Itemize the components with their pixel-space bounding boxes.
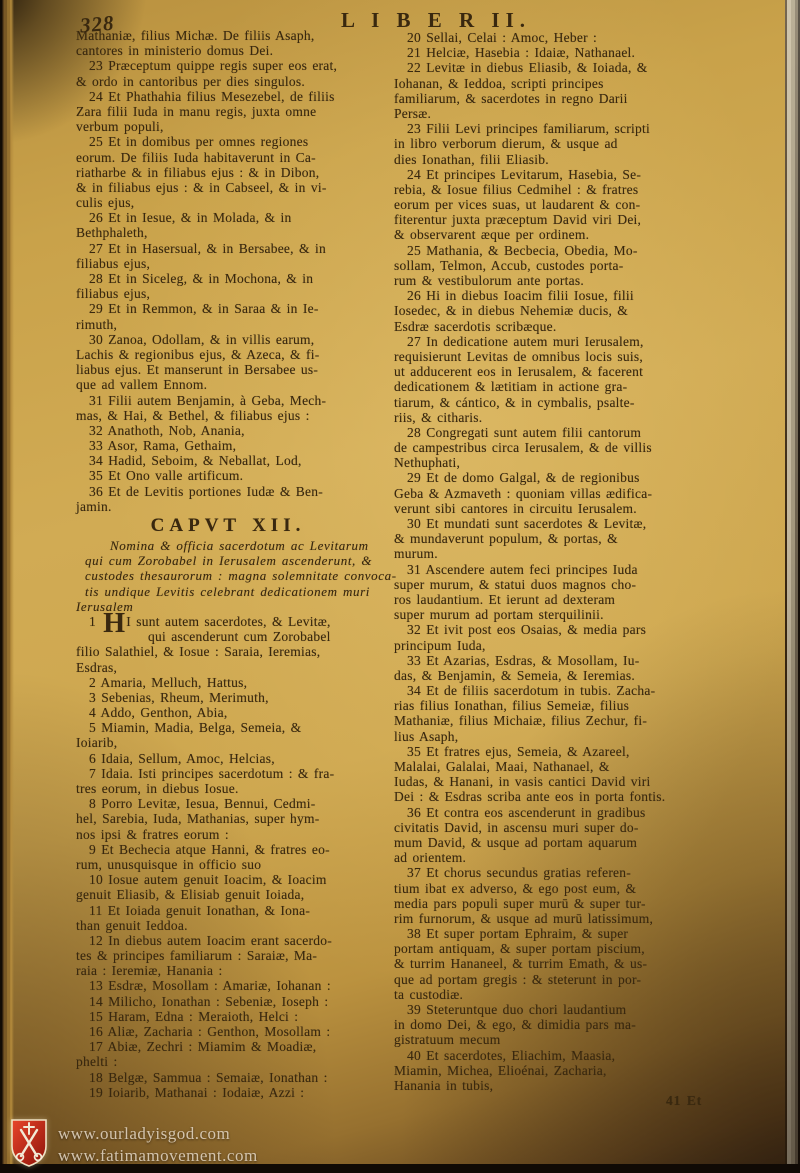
text-line: dies Ionathan, filii Eliasib.	[394, 152, 706, 167]
text-line: Mathaniæ, filius Michaiæ, filius Zechur,…	[394, 713, 706, 728]
text-line: super murum, & statui duos magnos cho-	[394, 577, 706, 592]
chapter-summary-line: tis undique Levitis celebrant dedication…	[76, 584, 390, 599]
text-line: 1 HI sunt autem sacerdotes, & Levitæ,	[76, 614, 390, 629]
text-line: ta custodiæ.	[394, 987, 706, 1002]
text-line: 11 Et Ioiada genuit Ionathan, & Iona-	[76, 903, 390, 918]
text-line: 24 Et Phathahia filius Mesezebel, de fil…	[76, 89, 390, 104]
text-line: 17 Abiæ, Zechri : Miamim & Moadiæ,	[76, 1039, 390, 1054]
text-line: 29 Et de domo Galgal, & de regionibus	[394, 470, 706, 485]
text-line: Miamin, Michea, Elioénai, Zacharia,	[394, 1063, 706, 1078]
watermark-url-2: www.fatimamovement.com	[58, 1146, 258, 1166]
text-line: 23 Filii Levi principes familiarum, scri…	[394, 121, 706, 136]
text-line: 29 Et in Remmon, & in Saraa & in Ie-	[76, 301, 390, 316]
text-line: 8 Porro Levitæ, Iesua, Bennui, Cedmi-	[76, 796, 390, 811]
text-line: Lachis & regionibus ejus, & Azeca, & fi-	[76, 347, 390, 362]
text-line: 2 Amaria, Melluch, Hattus,	[76, 675, 390, 690]
text-line: 15 Haram, Edna : Meraioth, Helci :	[76, 1009, 390, 1024]
text-line: 10 Iosue autem genuit Ioacim, & Ioacim	[76, 872, 390, 887]
text-line: 22 Levitæ in diebus Eliasib, & Ioiada, &	[394, 60, 706, 75]
text-line: 24 Et principes Levitarum, Hasebia, Se-	[394, 167, 706, 182]
text-line: 3 Sebenias, Rheum, Merimuth,	[76, 690, 390, 705]
left-column: Mathaniæ, filius Michæ. De filiis Asaph,…	[76, 28, 390, 1100]
text-line: dedicationem & lætitiam in actione gra-	[394, 379, 706, 394]
text-line: filiabus ejus,	[76, 256, 390, 271]
text-line: riis, & citharis.	[394, 410, 706, 425]
text-line: 33 Et Azarias, Esdras, & Mosollam, Iu-	[394, 653, 706, 668]
text-line: ut adducerent eos in Ierusalem, & facere…	[394, 364, 706, 379]
text-line: verunt sibi cantores in circuitu Ierusal…	[394, 501, 706, 516]
text-line: raia : Ieremiæ, Hanania :	[76, 963, 390, 978]
text-line: Iudas, & Hanani, in vasis cantici David …	[394, 774, 706, 789]
catchword: 41 Et	[394, 1093, 706, 1108]
text-line: 9 Et Bechecia atque Hanni, & fratres eo-	[76, 842, 390, 857]
text-line: portam antiquam, & super portam piscium,	[394, 941, 706, 956]
text-line: 32 Anathoth, Nob, Anania,	[76, 423, 390, 438]
text-line: que ad portam gregis : & steterunt in po…	[394, 972, 706, 987]
chapter-summary-line: Nomina & officia sacerdotum ac Levitarum	[76, 538, 390, 553]
text-line: tres eorum, in diebus Iosue.	[76, 781, 390, 796]
text-line: & in filiabus ejus : & in Cabseel, & in …	[76, 180, 390, 195]
text-line: das, & Benjamin, & Semeia, & Ieremias.	[394, 668, 706, 683]
text-line: phelti :	[76, 1054, 390, 1069]
text-line: liabus ejus. Et manserunt in Bersabee us…	[76, 362, 390, 377]
text-line: murum.	[394, 546, 706, 561]
text-line: 28 Congregati sunt autem filii cantorum	[394, 425, 706, 440]
text-line: 39 Steteruntque duo chori laudantium	[394, 1002, 706, 1017]
text-line: culis ejus,	[76, 195, 390, 210]
text-line: requisierunt Levitas de omnibus locis su…	[394, 349, 706, 364]
text-line: fiterentur juxta præceptum David viri De…	[394, 212, 706, 227]
text-line: cantores in ministerio domus Dei.	[76, 43, 390, 58]
text-line: principum Iuda,	[394, 638, 706, 653]
text-line: nos ipsi & fratres eorum :	[76, 827, 390, 842]
text-line: lius Asaph,	[394, 729, 706, 744]
text-line: Iosedec, & in diebus Nehemiæ ducis, &	[394, 303, 706, 318]
text-line: & turrim Hananeel, & turrim Emath, & us-	[394, 956, 706, 971]
text-line: 36 Et de Levitis portiones Iudæ & Ben-	[76, 484, 390, 499]
text-line: rum, unusquisque in officio suo	[76, 857, 390, 872]
text-line: 7 Idaia. Isti principes sacerdotum : & f…	[76, 766, 390, 781]
text-line: mas, & Hai, & Bethel, & filiabus ejus :	[76, 408, 390, 423]
text-line: genuit Eliasib, & Elisiab genuit Ioiada,	[76, 887, 390, 902]
watermark-url-1: www.ourladyisgod.com	[58, 1124, 230, 1144]
text-line: tium ibat ex adverso, & ego post eum, &	[394, 881, 706, 896]
watermark: www.ourladyisgod.com www.fatimamovement.…	[8, 1118, 348, 1170]
text-line: Dei : & Esdras scriba ante eos in porta …	[394, 789, 706, 804]
text-line: filio Salathiel, & Iosue : Saraia, Ierem…	[76, 644, 390, 659]
text-line: 13 Esdræ, Mosollam : Amariæ, Iohanan :	[76, 978, 390, 993]
text-line: verbum populi,	[76, 119, 390, 134]
text-line: 33 Asor, Rama, Gethaim,	[76, 438, 390, 453]
text-line: rebia, & Iosue filius Cedmihel : & fratr…	[394, 182, 706, 197]
text-line: 20 Sellai, Celai : Amoc, Heber :	[394, 30, 706, 45]
text-line: 18 Belgæ, Sammua : Semaiæ, Ionathan :	[76, 1070, 390, 1085]
text-line: 34 Et de filiis sacerdotum in tubis. Zac…	[394, 683, 706, 698]
text-line: rias filius Ionathan, filius Semeiæ, fil…	[394, 698, 706, 713]
text-line: 14 Milicho, Ionathan : Sebeniæ, Ioseph :	[76, 994, 390, 1009]
text-line: 30 Et mundati sunt sacerdotes & Levitæ,	[394, 516, 706, 531]
text-line: rimuth,	[76, 317, 390, 332]
text-line: 26 Hi in diebus Ioacim filii Iosue, fili…	[394, 288, 706, 303]
chapter-summary-line: custodes thesaurorum : magna solemnitate…	[76, 568, 390, 583]
text-line: Bethphaleth,	[76, 225, 390, 240]
text-line: than genuit Ieddoa.	[76, 918, 390, 933]
text-line: 37 Et chorus secundus gratias referen-	[394, 865, 706, 880]
text-line: Esdras,	[76, 660, 390, 675]
text-line: jamin.	[76, 499, 390, 514]
text-line: 19 Ioiarib, Mathanai : Iodaiæ, Azzi :	[76, 1085, 390, 1100]
text-line: riatharbe & in filiabus ejus : & in Dibo…	[76, 165, 390, 180]
text-line: 25 Mathania, & Becbecia, Obedia, Mo-	[394, 243, 706, 258]
text-line: Nethuphati,	[394, 455, 706, 470]
text-line: in domo Dei, & ego, & dimidia pars ma-	[394, 1017, 706, 1032]
chapter-summary-line: qui cum Zorobabel in Ierusalem ascenderu…	[76, 553, 390, 568]
text-line: media pars populi super murū & super tur…	[394, 896, 706, 911]
text-line: Esdræ sacerdotis scribæque.	[394, 319, 706, 334]
text-line: rim furnorum, & usque ad murū latissimum…	[394, 911, 706, 926]
text-line: 16 Aliæ, Zacharia : Genthon, Mosollam :	[76, 1024, 390, 1039]
text-line: 32 Et ivit post eos Osaias, & media pars	[394, 622, 706, 637]
text-line: 23 Præceptum quippe regis super eos erat…	[76, 58, 390, 73]
text-line: 27 In dedicatione autem muri Ierusalem,	[394, 334, 706, 349]
text-line: in libro verborum dierum, & usque ad	[394, 136, 706, 151]
text-line: 25 Et in domibus per omnes regiones	[76, 134, 390, 149]
page-edge-right	[785, 0, 800, 1173]
text-line: Persæ.	[394, 106, 706, 121]
text-line: Mathaniæ, filius Michæ. De filiis Asaph,	[76, 28, 390, 43]
text-line: 6 Idaia, Sellum, Amoc, Helcias,	[76, 751, 390, 766]
text-line: Hanania in tubis,	[394, 1078, 706, 1093]
text-line: 31 Filii autem Benjamin, à Geba, Mech-	[76, 393, 390, 408]
text-line: mum David, & usque ad portam aquarum	[394, 835, 706, 850]
text-line: 12 In diebus autem Ioacim erant sacerdo-	[76, 933, 390, 948]
text-line: sollam, Telmon, Accub, custodes porta-	[394, 258, 706, 273]
text-line: rum & vestibulorum ante portas.	[394, 273, 706, 288]
shield-keys-icon	[10, 1118, 48, 1168]
text-line: 36 Et contra eos ascenderunt in gradibus	[394, 805, 706, 820]
text-line: 4 Addo, Genthon, Abia,	[76, 705, 390, 720]
chapter-heading: CAPVT XII.	[76, 514, 390, 538]
text-line: super murum ad portam sterquilinii.	[394, 607, 706, 622]
text-line: tes & principes familiarum : Saraiæ, Ma-	[76, 948, 390, 963]
text-line: 30 Zanoa, Odollam, & in villis earum,	[76, 332, 390, 347]
text-line: eorum. De filiis Iuda habitaverunt in Ca…	[76, 150, 390, 165]
right-column: 20 Sellai, Celai : Amoc, Heber :21 Helci…	[394, 30, 706, 1108]
text-line: civitatis David, in ascensu muri super d…	[394, 820, 706, 835]
text-line: & ordo in cantoribus per dies singulos.	[76, 74, 390, 89]
text-line: eorum per vices suas, ut laudarent & con…	[394, 197, 706, 212]
text-line: & mundaverunt populum, & portas, &	[394, 531, 706, 546]
text-line: que ad vallem Ennom.	[76, 377, 390, 392]
text-line: de campestribus circa Ierusalem, & de vi…	[394, 440, 706, 455]
text-line: 21 Helciæ, Hasebia : Idaiæ, Nathanael.	[394, 45, 706, 60]
text-line: filiabus ejus,	[76, 286, 390, 301]
text-line: familiarum, & sacerdotes in regno Darii	[394, 91, 706, 106]
text-line: 28 Et in Siceleg, & in Mochona, & in	[76, 271, 390, 286]
text-line: ros laudantium. Et ierunt ad dexteram	[394, 592, 706, 607]
text-line: 27 Et in Hasersual, & in Bersabee, & in	[76, 241, 390, 256]
text-line: 34 Hadid, Seboim, & Neballat, Lod,	[76, 453, 390, 468]
text-line: Iohanan, & Ieddoa, scripti principes	[394, 76, 706, 91]
text-line: Ioiarib,	[76, 735, 390, 750]
text-line: 35 Et Ono valle artificum.	[76, 468, 390, 483]
text-line: 5 Miamin, Madia, Belga, Semeia, &	[76, 720, 390, 735]
text-line: 40 Et sacerdotes, Eliachim, Maasia,	[394, 1048, 706, 1063]
text-line: gistratuum mecum	[394, 1032, 706, 1047]
text-line: tiarum, & cántico, & in cymbalis, psalte…	[394, 395, 706, 410]
text-line: 26 Et in Iesue, & in Molada, & in	[76, 210, 390, 225]
text-line: Zara filii Iuda in manu regis, juxta omn…	[76, 104, 390, 119]
text-line: & observarent æque per ordinem.	[394, 227, 706, 242]
text-line: Geba & Azmaveth : quoniam villas ædifica…	[394, 486, 706, 501]
text-line: Malalai, Galalai, Maai, Nathanael, &	[394, 759, 706, 774]
text-line: hel, Sarebia, Iuda, Mathanias, super hym…	[76, 811, 390, 826]
page-edge-left	[0, 0, 14, 1166]
text-line: ad orientem.	[394, 850, 706, 865]
text-line: 38 Et super portam Ephraim, & super	[394, 926, 706, 941]
text-line: 35 Et fratres ejus, Semeia, & Azareel,	[394, 744, 706, 759]
text-line: 31 Ascendere autem feci principes Iuda	[394, 562, 706, 577]
book-scan-photo: 328 L I B E R II. Mathaniæ, filius Michæ…	[0, 0, 800, 1173]
